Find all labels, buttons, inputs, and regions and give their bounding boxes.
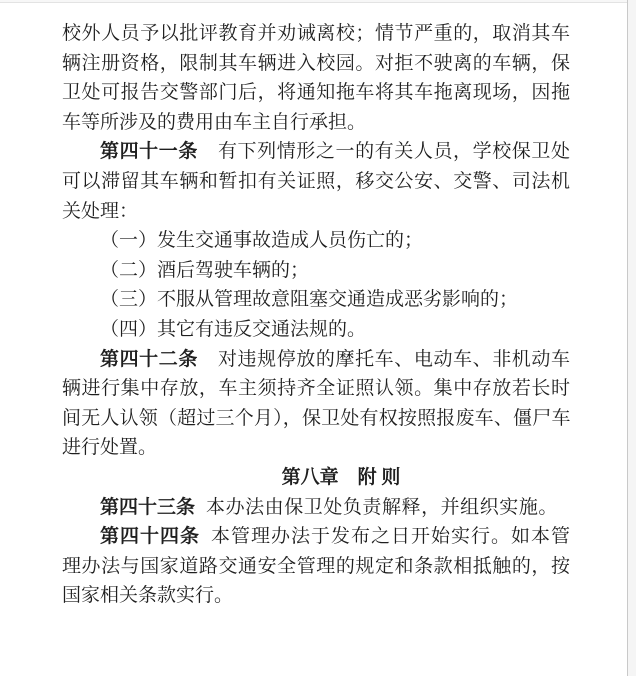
- chapter-heading: 第八章 附 则: [62, 463, 570, 493]
- text-line: 间无人认领（超过三个月），保卫处有权按照报废车、僵尸车: [62, 404, 570, 434]
- paragraph-continuation: 校外人员予以批评教育并劝诫离校；情节严重的，取消其车 辆注册资格，限制其车辆进入…: [62, 19, 570, 137]
- text-line: 第四十一条有下列情形之一的有关人员，学校保卫处: [62, 137, 570, 167]
- page-right-edge: [627, 0, 636, 676]
- article-41: 第四十一条有下列情形之一的有关人员，学校保卫处 可以滞留其车辆和暂扣有关证照，移…: [62, 137, 570, 226]
- text-line: 国家相关条款实行。: [62, 581, 570, 611]
- text-line: 进行处置。: [62, 433, 570, 463]
- list-item: （一）发生交通事故造成人员伤亡的；: [62, 226, 570, 256]
- article-41-text: 有下列情形之一的有关人员，学校保卫处: [218, 141, 570, 162]
- list-item: （三）不服从管理故意阻塞交通造成恶劣影响的；: [62, 285, 570, 315]
- article-41-number: 第四十一条: [100, 141, 198, 162]
- article-43: 第四十三条本办法由保卫处负责解释，并组织实施。: [62, 493, 570, 523]
- document-viewer: 校外人员予以批评教育并劝诫离校；情节严重的，取消其车 辆注册资格，限制其车辆进入…: [0, 0, 636, 676]
- document-page: 校外人员予以批评教育并劝诫离校；情节严重的，取消其车 辆注册资格，限制其车辆进入…: [0, 0, 636, 676]
- text-line: 关处理：: [62, 197, 570, 227]
- article-44-text: 本管理办法于发布之日开始实行。如本管: [211, 526, 570, 547]
- text-line: 校外人员予以批评教育并劝诫离校；情节严重的，取消其车: [62, 19, 570, 49]
- text-line: 车等所涉及的费用由车主自行承担。: [62, 108, 570, 138]
- text-line: 可以滞留其车辆和暂扣有关证照，移交公安、交警、司法机: [62, 167, 570, 197]
- article-41-items: （一）发生交通事故造成人员伤亡的； （二）酒后驾驶车辆的； （三）不服从管理故意…: [62, 226, 570, 344]
- article-43-number: 第四十三条: [100, 497, 195, 518]
- text-line: 第四十四条本管理办法于发布之日开始实行。如本管: [62, 522, 570, 552]
- text-line: 理办法与国家道路交通安全管理的规定和条款相抵触的，按: [62, 552, 570, 582]
- text-line: 第四十三条本办法由保卫处负责解释，并组织实施。: [62, 493, 570, 523]
- text-line: 辆进行集中存放，车主须持齐全证照认领。集中存放若长时: [62, 374, 570, 404]
- article-44: 第四十四条本管理办法于发布之日开始实行。如本管 理办法与国家道路交通安全管理的规…: [62, 522, 570, 611]
- article-43-text: 本办法由保卫处负责解释，并组织实施。: [206, 497, 558, 518]
- text-line: 辆注册资格，限制其车辆进入校园。对拒不驶离的车辆，保: [62, 49, 570, 79]
- page-top-edge: [0, 0, 627, 3]
- text-line: 卫处可报告交警部门后，将通知拖车将其车拖离现场，因拖: [62, 78, 570, 108]
- article-44-number: 第四十四条: [100, 526, 200, 547]
- article-42: 第四十二条对违规停放的摩托车、电动车、非机动车 辆进行集中存放，车主须持齐全证照…: [62, 345, 570, 463]
- article-42-text: 对违规停放的摩托车、电动车、非机动车: [218, 349, 570, 370]
- article-42-number: 第四十二条: [100, 349, 198, 370]
- list-item: （四）其它有违反交通法规的。: [62, 315, 570, 345]
- document-text-column: 校外人员予以批评教育并劝诫离校；情节严重的，取消其车 辆注册资格，限制其车辆进入…: [62, 19, 570, 611]
- list-item: （二）酒后驾驶车辆的；: [62, 256, 570, 286]
- text-line: 第四十二条对违规停放的摩托车、电动车、非机动车: [62, 345, 570, 375]
